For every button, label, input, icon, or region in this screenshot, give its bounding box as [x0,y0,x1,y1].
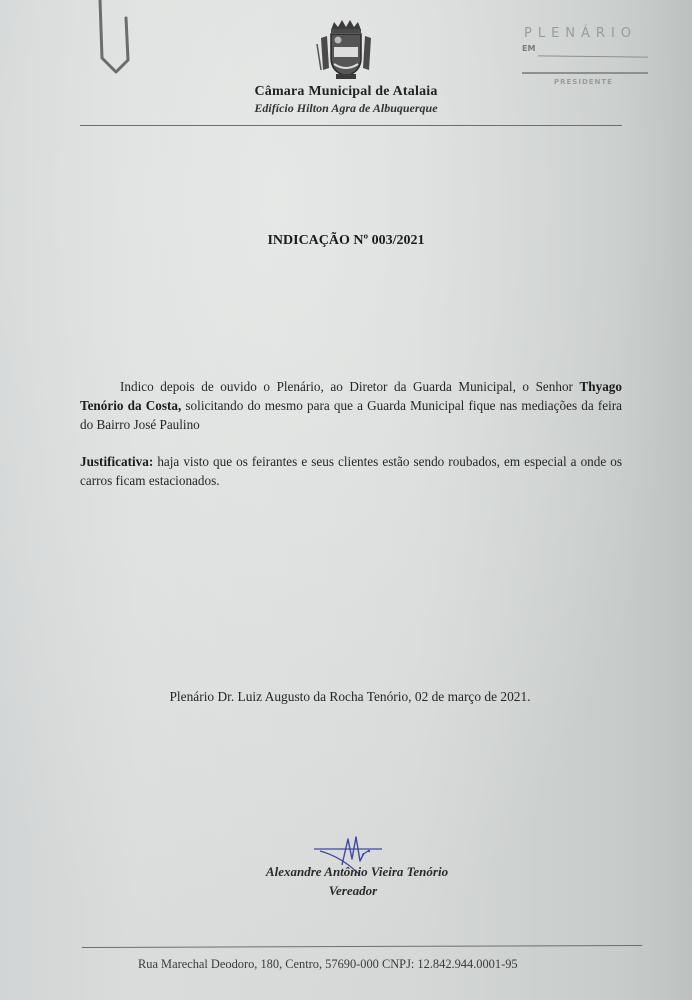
header-divider [80,125,622,126]
document-page: Câmara Municipal de Atalaia Edifício Hil… [0,0,692,1000]
stamp-line [538,55,648,57]
document-title: INDICAÇÃO Nº 003/2021 [0,233,692,249]
plenario-stamp: PLENÁRIO EM PRESIDENTE [518,26,658,96]
place-date-line: Plenário Dr. Luiz Augusto da Rocha Tenór… [0,689,692,705]
justification-label: Justificativa: [80,454,153,469]
building-name: Edifício Hilton Agra de Albuquerque [0,101,692,116]
footer-address: Rua Marechal Deodoro, 180, Centro, 57690… [138,957,518,972]
indication-paragraph: Indico depois de ouvido o Plenário, ao D… [80,377,622,434]
signer-role: Vereador [0,883,692,899]
stamp-title: PLENÁRIO [524,26,637,41]
signer-name: Alexandre Antônio Vieira Tenório [0,864,692,880]
paperclip-icon [92,0,142,80]
paragraph-text: Indico depois de ouvido o Plenário, ao D… [120,379,579,394]
justification-text: haja visto que os feirantes e seus clien… [80,454,622,488]
stamp-signature-label: PRESIDENTE [554,78,613,86]
footer-divider [82,945,642,948]
stamp-label: EM [522,44,535,53]
justification-paragraph: Justificativa: haja visto que os feirant… [80,452,622,490]
stamp-line [522,72,648,74]
municipal-coat-of-arms-icon [307,18,385,82]
